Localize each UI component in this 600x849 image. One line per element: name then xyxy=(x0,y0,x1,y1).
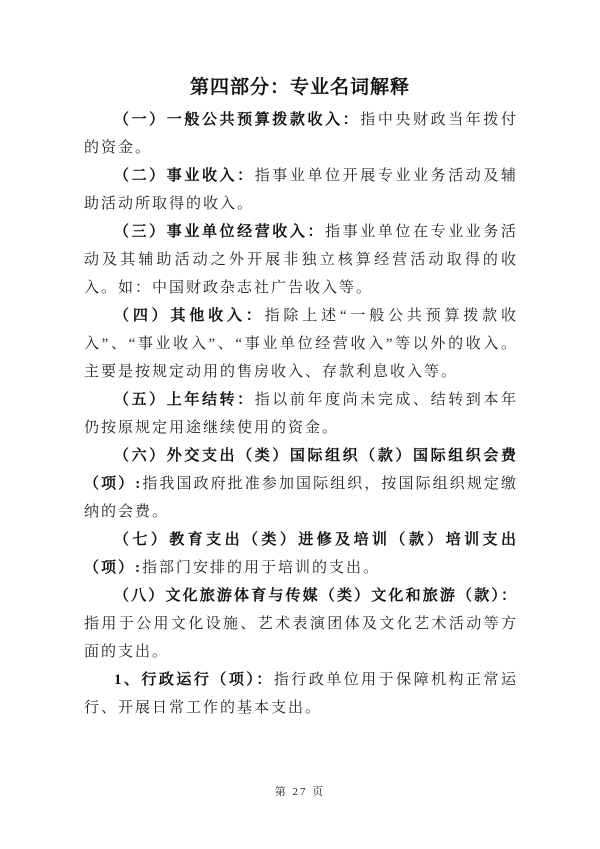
paragraph-definition-4: （四）其他收入：指除上述“一般公共预算拨款收入”、“事业收入”、“事业单位经营收… xyxy=(84,302,518,386)
paragraph-definition-7: （七）教育支出（类）进修及培训（款）培训支出（项）:指部门安排的用于培训的支出。 xyxy=(84,526,518,582)
paragraph-text: 指用于公用文化设施、艺术表演团体及文化艺术活动等方面的支出。 xyxy=(84,616,518,660)
paragraph-lead: 1、行政运行（项）： xyxy=(114,672,274,688)
paragraph-lead: （二）事业收入： xyxy=(114,168,255,184)
paragraph-definition-3: （三）事业单位经营收入：指事业单位在专业业务活动及其辅助活动之外开展非独立核算经… xyxy=(84,218,518,302)
paragraph-definition-2: （二）事业收入：指事业单位开展专业业务活动及辅助活动所取得的收入。 xyxy=(84,162,518,218)
page-title: 第四部分：专业名词解释 xyxy=(0,0,600,102)
paragraph-lead: （三）事业单位经营收入： xyxy=(114,224,325,240)
document-page: 第四部分：专业名词解释 （一）一般公共预算拨款收入：指中央财政当年拨付的资金。 … xyxy=(0,0,600,849)
paragraph-text: 指我国政府批准参加国际组织，按国际组织规定缴纳的会费。 xyxy=(84,476,518,520)
paragraph-text: 指部门安排的用于培训的支出。 xyxy=(142,560,380,576)
paragraph-definition-5: （五）上年结转：指以前年度尚未完成、结转到本年仍按原规定用途继续使用的资金。 xyxy=(84,386,518,442)
paragraph-definition-8: （八）文化旅游体育与传媒（类）文化和旅游（款）：指用于公用文化设施、艺术表演团体… xyxy=(84,582,518,666)
paragraph-lead: （四）其他收入： xyxy=(114,308,265,324)
document-body: （一）一般公共预算拨款收入：指中央财政当年拨付的资金。 （二）事业收入：指事业单… xyxy=(84,106,518,722)
paragraph-lead: （五）上年结转： xyxy=(114,392,255,408)
page-number: 第 27 页 xyxy=(275,786,326,798)
paragraph-definition-9: 1、行政运行（项）：指行政单位用于保障机构正常运行、开展日常工作的基本支出。 xyxy=(84,666,518,722)
paragraph-definition-1: （一）一般公共预算拨款收入：指中央财政当年拨付的资金。 xyxy=(84,106,518,162)
page-footer: 第 27 页 xyxy=(0,783,600,799)
paragraph-definition-6: （六）外交支出（类）国际组织（款）国际组织会费（项）:指我国政府批准参加国际组织… xyxy=(84,442,518,526)
paragraph-lead: （一）一般公共预算拨款收入： xyxy=(114,112,360,128)
paragraph-lead: （八）文化旅游体育与传媒（类）文化和旅游（款）： xyxy=(114,588,518,604)
